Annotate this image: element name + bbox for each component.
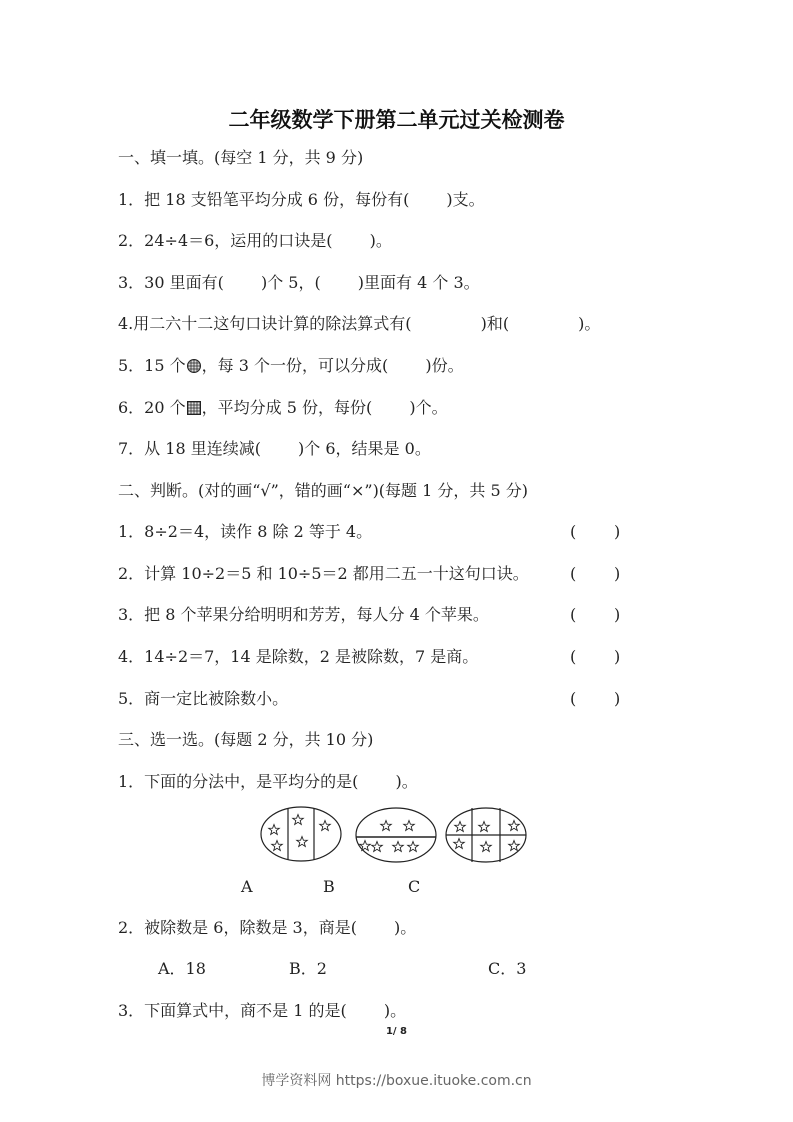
q6-prefix: 6．20 个 bbox=[118, 398, 186, 417]
choice-2-option-b[interactable]: B．2 bbox=[289, 958, 327, 980]
question-1-6: 6．20 个，平均分成 5 份，每份( )个。 bbox=[118, 397, 448, 419]
choice-question-2: 2．被除数是 6，除数是 3，商是( )。 bbox=[118, 917, 416, 939]
section1-heading: 一、填一填。(每空 1 分，共 9 分) bbox=[118, 147, 363, 169]
question-1-1: 1．把 18 支铅笔平均分成 6 份，每份有( )支。 bbox=[118, 189, 485, 211]
dotted-square-icon bbox=[187, 401, 201, 415]
page-title: 二年级数学下册第二单元过关检测卷 bbox=[0, 104, 793, 134]
judge-item-1: 1．8÷2＝4，读作 8 除 2 等于 4。 bbox=[118, 521, 372, 543]
judge-item-5: 5．商一定比被除数小。 bbox=[118, 688, 288, 710]
question-1-5: 5．15 个，每 3 个一份，可以分成( )份。 bbox=[118, 355, 464, 377]
q5-suffix: ，每 3 个一份，可以分成( )份。 bbox=[202, 356, 464, 375]
question-1-7: 7．从 18 里连续减( )个 6，结果是 0。 bbox=[118, 438, 431, 460]
judge-item-4: 4．14÷2＝7，14 是除数，2 是被除数，7 是商。 bbox=[118, 646, 478, 668]
question-1-2: 2．24÷4＝6，运用的口诀是( )。 bbox=[118, 230, 392, 252]
choice-2-option-c[interactable]: C．3 bbox=[488, 958, 526, 980]
q6-suffix: ，平均分成 5 份，每份( )个。 bbox=[202, 398, 448, 417]
choice-1-label-b[interactable]: B bbox=[323, 876, 335, 898]
judge-item-3: 3．把 8 个苹果分给明明和芳芳，每人分 4 个苹果。 bbox=[118, 604, 489, 626]
page-number: 1/ 8 bbox=[0, 1026, 793, 1037]
dotted-circle-icon bbox=[187, 359, 201, 373]
choice-1-label-c[interactable]: C bbox=[408, 876, 420, 898]
division-ovals-figure bbox=[260, 804, 540, 864]
judge-item-2: 2．计算 10÷2＝5 和 10÷5＝2 都用二五一十这句口诀。 bbox=[118, 563, 529, 585]
q5-prefix: 5．15 个 bbox=[118, 356, 186, 375]
section3-heading: 三、选一选。(每题 2 分，共 10 分) bbox=[118, 729, 373, 751]
choice-2-option-a[interactable]: A．18 bbox=[158, 958, 206, 980]
section2-heading: 二、判断。(对的画“√”，错的画“×”)(每题 1 分，共 5 分) bbox=[118, 480, 528, 502]
choice-question-3: 3．下面算式中，商不是 1 的是( )。 bbox=[118, 1000, 406, 1022]
choice-question-1: 1．下面的分法中，是平均分的是( )。 bbox=[118, 771, 418, 793]
oval-option-c bbox=[446, 808, 526, 862]
choice-1-label-a[interactable]: A bbox=[241, 876, 253, 898]
question-1-3: 3．30 里面有( )个 5，( )里面有 4 个 3。 bbox=[118, 272, 480, 294]
oval-option-b bbox=[356, 808, 436, 862]
question-1-4: 4.用二六十二这句口诀计算的除法算式有( )和( )。 bbox=[118, 313, 600, 335]
oval-option-a bbox=[261, 807, 341, 861]
footer-watermark[interactable]: 博学资料网 https://boxue.ituoke.com.cn bbox=[0, 1070, 793, 1090]
